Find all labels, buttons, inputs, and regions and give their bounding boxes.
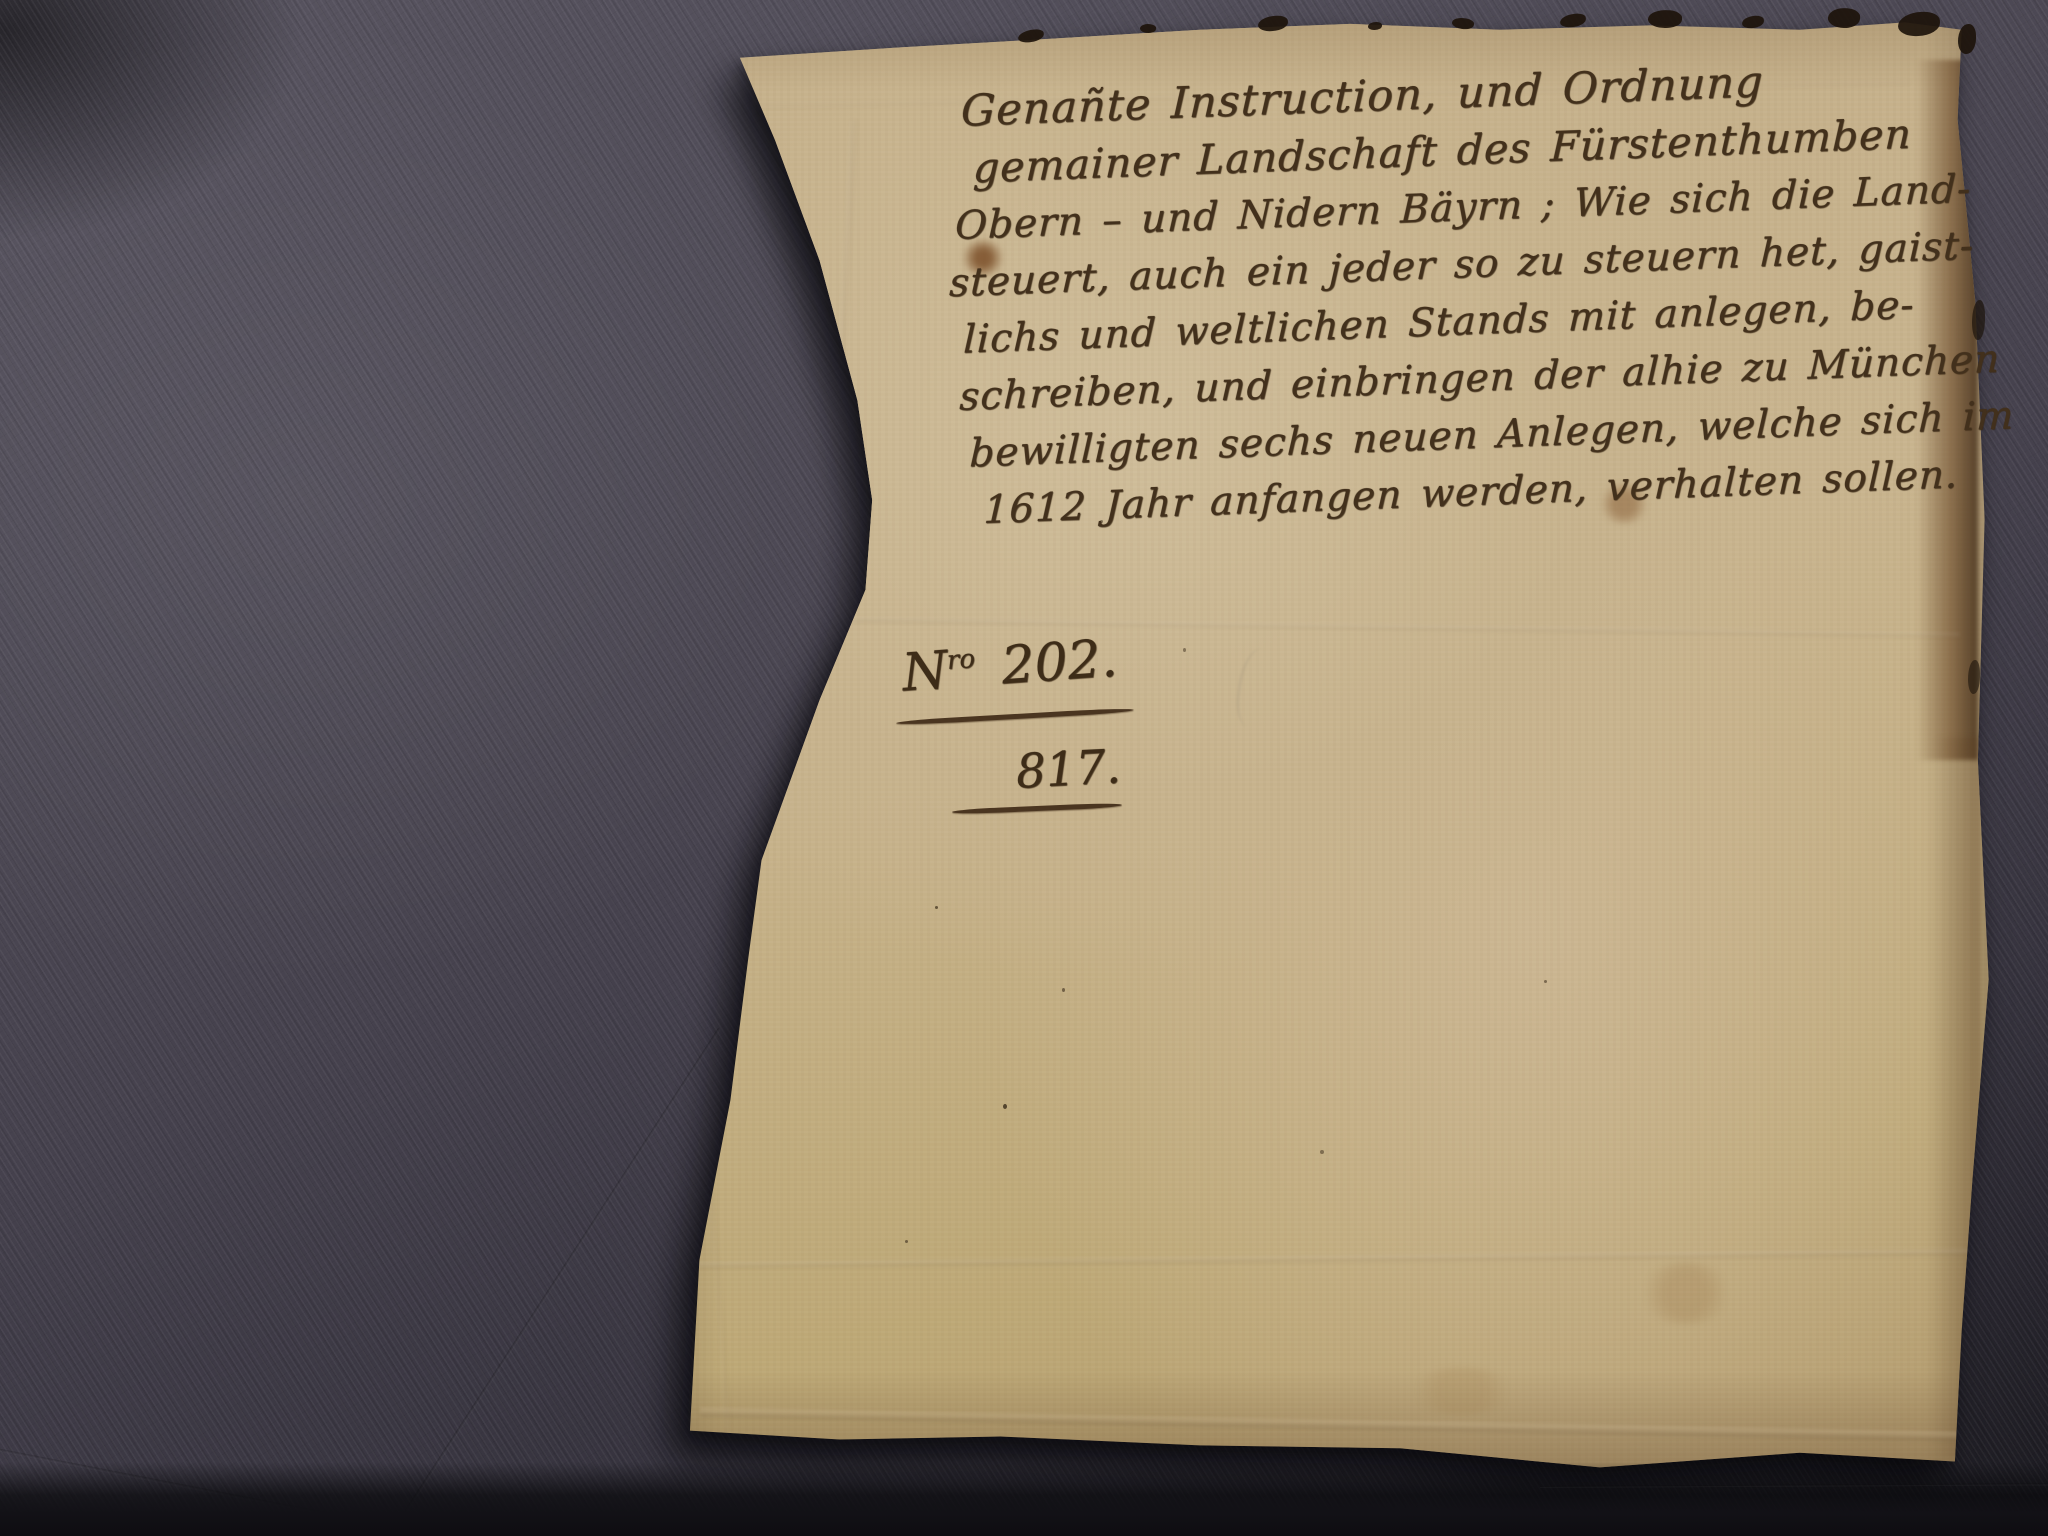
- edge-discoloration: [1934, 738, 1980, 1458]
- stain: [1640, 1262, 1732, 1324]
- paper-fleck: [1320, 1150, 1324, 1154]
- paper-crease: [690, 615, 1960, 638]
- paper-fleck: [1544, 980, 1547, 983]
- paper-fleck: [935, 906, 938, 909]
- paper-crease: [821, 120, 856, 680]
- archive-number-superscript: ro: [946, 644, 976, 676]
- paper-fleck: [1062, 988, 1065, 992]
- manuscript-title: Genañte Instruction, und Ordnung gemaine…: [948, 47, 1974, 540]
- photograph-scene: Genañte Instruction, und Ordnung gemaine…: [0, 0, 2048, 1536]
- paper-crease: [680, 1249, 1970, 1269]
- archive-number-prefix: N: [900, 640, 950, 703]
- paper-crease: [700, 1408, 1960, 1441]
- paper-fleck: [1183, 648, 1186, 652]
- archive-number-value: 202.: [1000, 629, 1120, 697]
- fabric-seam: [0, 1448, 409, 1531]
- stain: [1406, 1368, 1518, 1414]
- secondary-number: 817.: [1015, 739, 1122, 799]
- paper-fleck: [905, 1240, 908, 1243]
- paper-crease: [698, 1040, 730, 1429]
- paper-fleck: [1003, 1104, 1007, 1109]
